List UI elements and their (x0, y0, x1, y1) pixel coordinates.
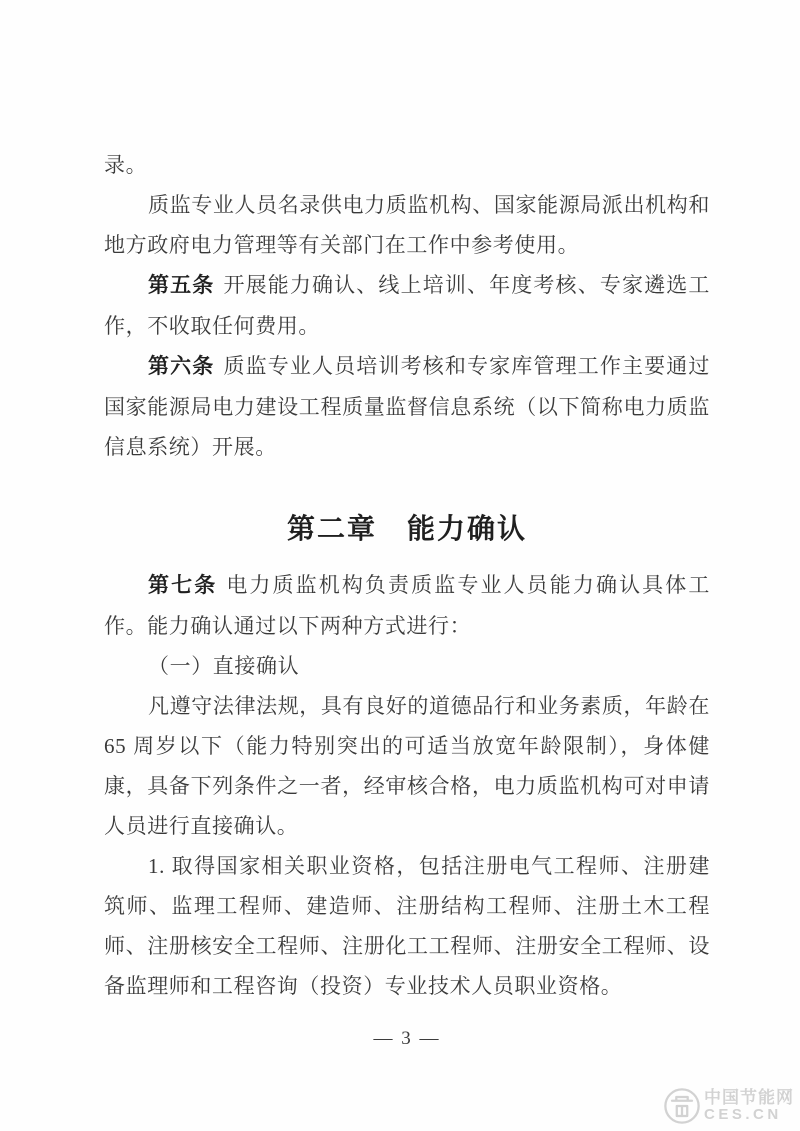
page-number: — 3 — (104, 1028, 710, 1050)
paragraph-text: 1. 取得国家相关职业资格，包括注册电气工程师、注册建筑师、监理工程师、建造师、… (104, 854, 710, 998)
paragraph-list-item-1: 1. 取得国家相关职业资格，包括注册电气工程师、注册建筑师、监理工程师、建造师、… (104, 846, 710, 1006)
watermark-site-name: 中国节能网 (704, 1089, 794, 1107)
article-number-label: 第五条 (148, 274, 214, 297)
watermark: 中国节能网 CES.CN (663, 1087, 794, 1125)
paragraph-text: （一）直接确认 (148, 654, 299, 678)
paragraph: 质监专业人员名录供电力质监机构、国家能源局派出机构和地方政府电力管理等有关部门在… (104, 185, 710, 265)
watermark-text: 中国节能网 CES.CN (704, 1089, 794, 1123)
paragraph-article-6: 第六条质监专业人员培训考核和专家库管理工作主要通过国家能源局电力建设工程质量监督… (104, 346, 710, 467)
article-number-label: 第七条 (148, 574, 217, 597)
paragraph-text: 凡遵守法律法规，具有良好的道德品行和业务素质，年龄在 65 周岁以下（能力特别突… (104, 694, 710, 838)
ces-logo-icon (663, 1087, 701, 1125)
paragraph-article-5: 第五条开展能力确认、线上培训、年度考核、专家遴选工作，不收取任何费用。 (104, 265, 710, 346)
document-body: 录。 质监专业人员名录供电力质监机构、国家能源局派出机构和地方政府电力管理等有关… (104, 145, 710, 1006)
article-number-label: 第六条 (148, 355, 214, 378)
paragraph-article-7: 第七条电力质监机构负责质监专业人员能力确认具体工作。能力确认通过以下两种方式进行… (104, 565, 710, 646)
paragraph: 录。 (104, 145, 710, 185)
chapter-heading: 第二章 能力确认 (104, 509, 710, 549)
paragraph-item-one: （一）直接确认 (104, 646, 710, 686)
document-page: 录。 质监专业人员名录供电力质监机构、国家能源局派出机构和地方政府电力管理等有关… (0, 0, 800, 1131)
watermark-domain: CES.CN (704, 1107, 794, 1123)
paragraph: 凡遵守法律法规，具有良好的道德品行和业务素质，年龄在 65 周岁以下（能力特别突… (104, 686, 710, 846)
paragraph-text: 录。 (104, 153, 147, 177)
paragraph-text: 质监专业人员名录供电力质监机构、国家能源局派出机构和地方政府电力管理等有关部门在… (104, 193, 710, 257)
